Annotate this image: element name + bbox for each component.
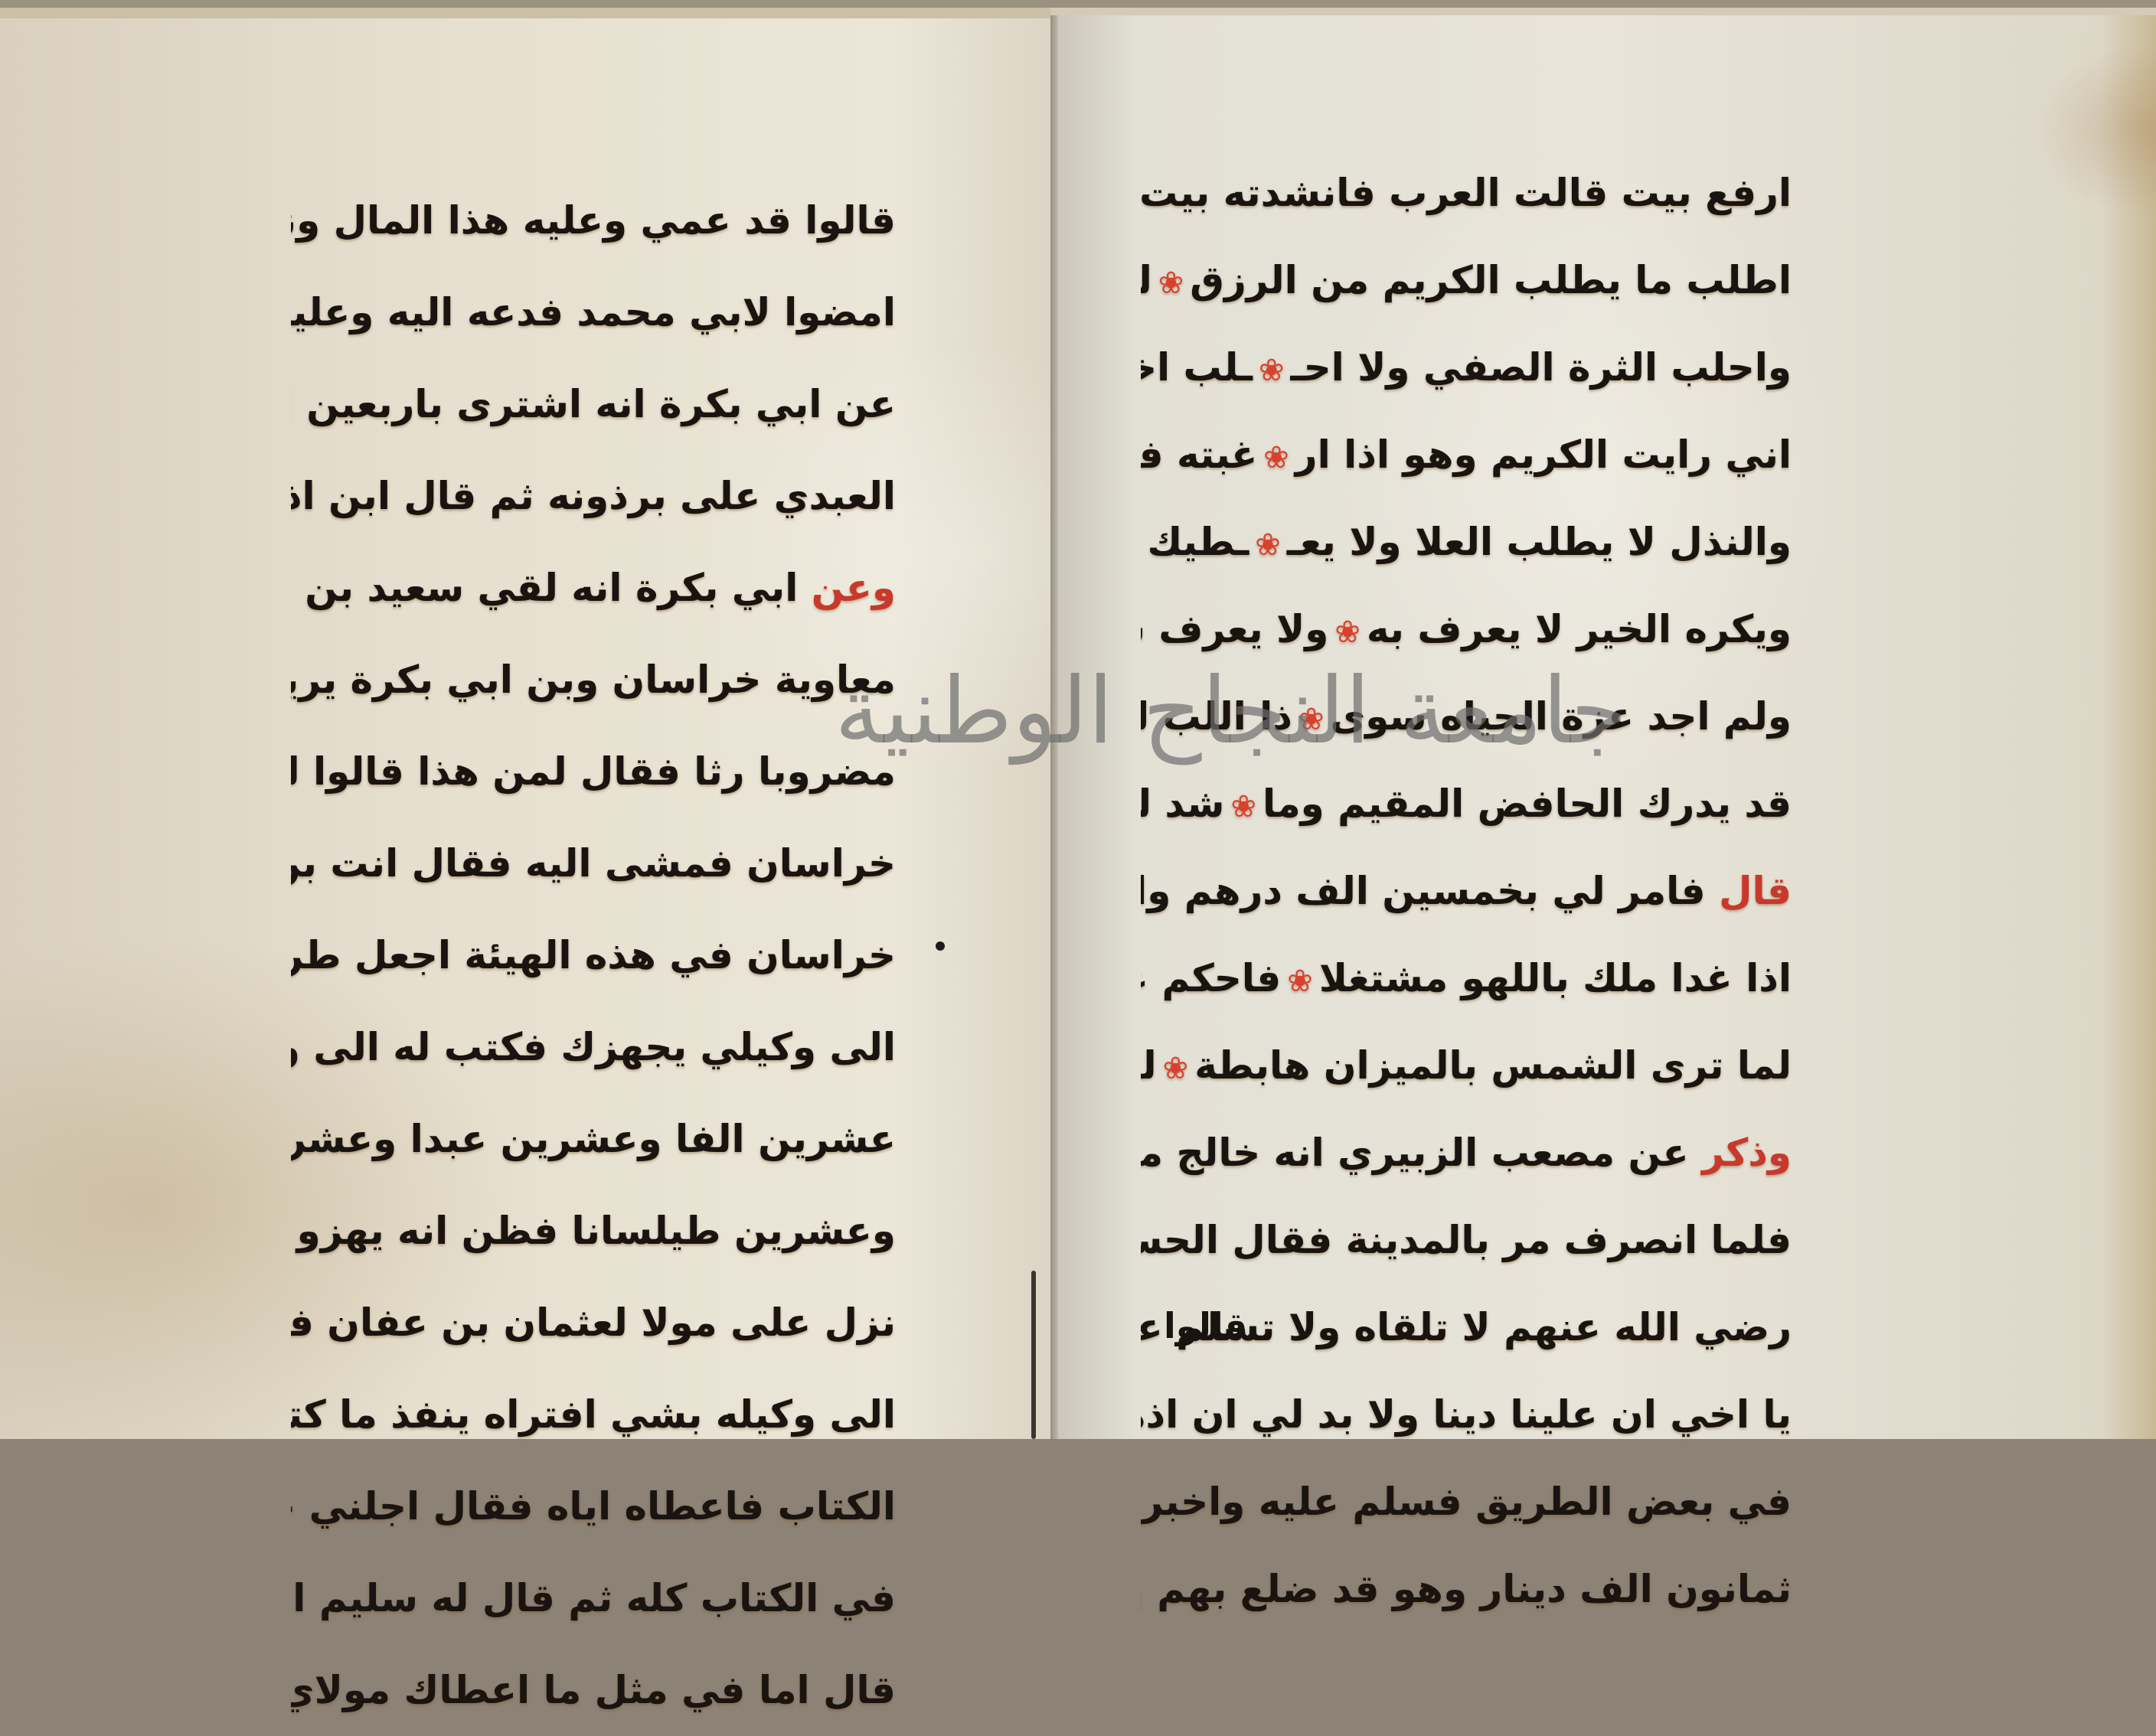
- text-line: خراسان فمشى اليه فقال انت بن امير المومن…: [291, 817, 896, 909]
- university-watermark: جامعة النجاح الوطنية: [835, 658, 1627, 765]
- verse-line: قد يدرك الحافض المقيم وما❀شد لعبس رحله و…: [1141, 760, 1792, 847]
- verse-line: لما ترى الشمس بالميزان هابطة❀لما غدا برج…: [1141, 1022, 1792, 1109]
- text-line: العبدي على برذونه ثم قال ابن اذهب بها قا…: [291, 450, 896, 542]
- verse-line: والنذل لا يطلب العلا ولا يعـ❀ـطيك شيئا ا…: [1141, 498, 1792, 586]
- text-line: فلما انصرف مر بالمدينة فقال الحسين بن عل…: [1141, 1196, 1792, 1284]
- text-line: وعن ابي بكرة انه لقي سعيد بن عثمان بن عف…: [291, 542, 896, 634]
- verse-divider-icon: ❀: [1263, 440, 1289, 475]
- verse-divider-icon: ❀: [1259, 353, 1285, 388]
- verse-divider-icon: ❀: [1158, 266, 1184, 301]
- text-line: وعشرين طيلسانا فظن انه يهزو به فلما نزل …: [291, 1185, 896, 1277]
- text-line: وذكر عن مصعب الزبيري انه خالج معاوية بن …: [1141, 1109, 1792, 1196]
- verse-divider-icon: ❀: [1163, 1051, 1189, 1086]
- manuscript-spread: قالوا قد عمي وعليه هذا المال ونحن نزجره …: [0, 0, 2156, 1439]
- verse-line: واحلب الثرة الصفي ولا احـ❀ـلب اخلاف غيره…: [1141, 324, 1792, 411]
- text-line: الى وكيلي يجهزك فكتب له الى وكيله سليم ا…: [291, 1001, 896, 1093]
- text-line: عشرين الفا وعشرين عبدا وعشرين برذونا وعش…: [291, 1093, 896, 1185]
- verse-line: اني رايت الكريم وهو اذا ار❀غبته في صنيعه…: [1141, 411, 1792, 498]
- text-line: الى وكيله بشي افتراه ينفذ ما كتب به قال …: [291, 1369, 896, 1439]
- left-page-text: قالوا قد عمي وعليه هذا المال ونحن نزجره …: [291, 175, 896, 1439]
- right-page-text: ارفع بيت قالت العرب فانشدته بيت الراعي ح…: [1141, 149, 1792, 1439]
- text-line: مضروبا رثا فقال لمن هذا قالوا لسعيد بن ع…: [291, 726, 896, 817]
- rubric-heading: وعن: [812, 566, 896, 610]
- verse-line: اطلب ما يطلب الكريم من الرزق❀لنفسي واجمل…: [1141, 237, 1792, 324]
- text-line: امضوا لابي محمد فدعه اليه وعليه ثمانون ا…: [291, 266, 896, 358]
- text-line: معاوية خراسان وبن ابي بكرة يريد المدينة …: [291, 634, 896, 726]
- verse-divider-icon: ❀: [1287, 964, 1313, 999]
- text-line: يا اخي ان علينا دينا ولا بد لي ان اذهب ا…: [1141, 1371, 1792, 1439]
- gutter-tear-mark: [1031, 1271, 1036, 1439]
- verse-divider-icon: ❀: [1334, 615, 1361, 650]
- verse-line: اذا غدا ملك باللهو مشتغلا❀فاحكم على ملكه…: [1141, 935, 1792, 1022]
- rubric-heading: قال: [1719, 869, 1792, 913]
- text-line: خراسان في هذه الهيئة اجعل طريقك على البص…: [291, 909, 896, 1001]
- verse-divider-icon: ❀: [1230, 789, 1256, 824]
- text-line: ارفع بيت قالت العرب فانشدته بيت الراعي ح…: [1141, 149, 1792, 237]
- text-line: قالوا قد عمي وعليه هذا المال ونحن نزجره …: [291, 175, 896, 266]
- text-line: قال فامر لي بخمسين الف درهم وانشدت للمتن…: [1141, 847, 1792, 935]
- verse-divider-icon: ❀: [1255, 527, 1281, 563]
- catchword: قالوا: [1164, 1305, 1247, 1346]
- text-line: نزل على مولا لعثمان بن عفان فقال ان بن ا…: [291, 1277, 896, 1369]
- rubric-heading: وذكر: [1702, 1131, 1792, 1175]
- margin-dot-mark: [936, 941, 945, 951]
- text-line: عن ابي بكرة انه اشترى باربعين الف غلاما …: [291, 358, 896, 450]
